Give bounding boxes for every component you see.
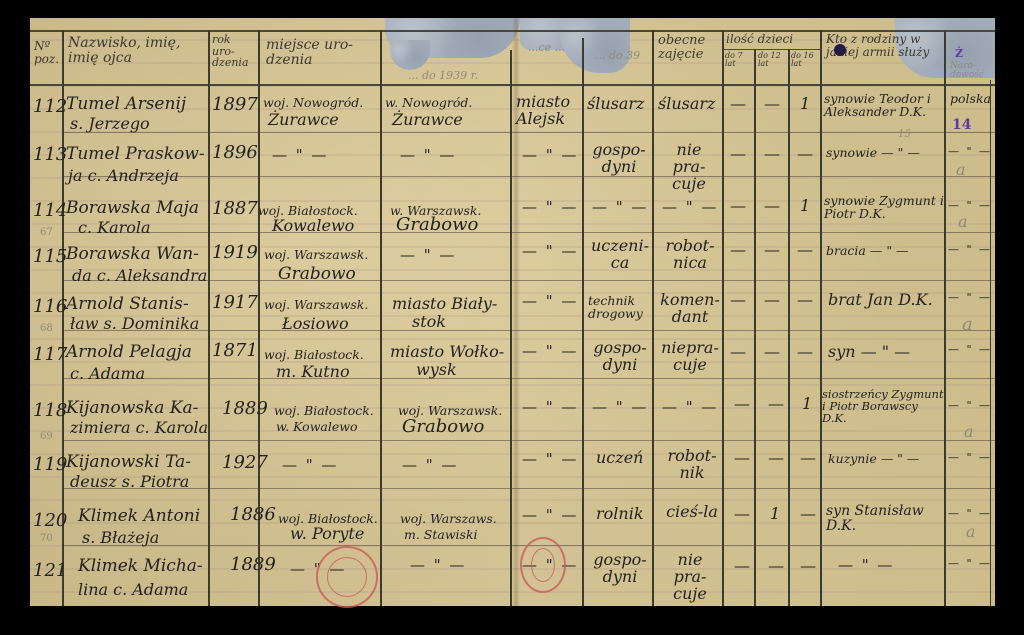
header-partial-a: ...ce ... [528, 42, 580, 54]
pencil-mark: a [956, 162, 966, 179]
birth-year: 1889 [230, 556, 276, 575]
person-name: Arnold Stanis- [66, 296, 189, 314]
person-father: c. Adama [70, 366, 145, 383]
residence-ditto: — " — [402, 458, 458, 474]
children-12: — [764, 292, 780, 309]
person-name: Borawska Maja [66, 200, 199, 218]
children-12: — [764, 344, 780, 361]
row-number: 118 [33, 402, 67, 421]
pencil-mark: a [964, 424, 974, 441]
family-in-army: synowie Teodor i Aleksander D.K. [824, 92, 944, 118]
children-12: — [768, 450, 784, 467]
column-a-ditto: — " — [522, 148, 578, 164]
person-name: Kijanowska Ka- [66, 400, 198, 418]
purple-corner-mark: Ż [955, 48, 963, 60]
birth-place-ditto: — " — [272, 148, 328, 164]
occupation-now-ditto: — " — [662, 200, 718, 216]
children-12: 1 [770, 506, 780, 523]
person-name: Klimek Antoni [78, 508, 200, 526]
header-bottom-rule [30, 84, 995, 86]
birth-year: 1927 [222, 454, 268, 473]
family-in-army: kuzynie — " — [828, 452, 919, 465]
children-16: 1 [800, 198, 810, 215]
children-12: — [764, 242, 780, 259]
family-in-army: bracia — " — [826, 244, 909, 257]
children-12: — [764, 96, 780, 113]
person-name: Tumel Arsenij [66, 96, 186, 114]
occupation-now: robot-nica [660, 238, 720, 272]
row-rule [62, 378, 995, 379]
margin-number: 70 [40, 534, 53, 545]
header-name: Nazwisko, imię, imię ojca [68, 36, 206, 65]
birth-place-line2: Grabowo [278, 266, 356, 284]
children-16: — [800, 506, 816, 523]
nationality-ditto: — " — [948, 452, 992, 464]
family-in-army: syn — " — [828, 344, 910, 361]
family-in-army: synowie Zygmunt i Piotr D.K. [824, 194, 944, 220]
row-number: 114 [33, 202, 67, 221]
column-a-ditto: — " — [522, 452, 578, 468]
birth-place-line1: woj. Warszawsk. [264, 298, 368, 311]
header-nationality: Naro-dowość [950, 62, 990, 81]
family-in-army: siostrzeńcy Zygmunt i Piotr Borawscy D.K… [822, 388, 944, 424]
occupation-before: ślusarz [587, 96, 644, 113]
column-a-ditto: — " — [522, 244, 578, 260]
header-children-12: do 12 lat [758, 52, 786, 69]
margin-number: 69 [40, 432, 53, 443]
children-7: — [734, 558, 750, 575]
birth-place-line1: woj. Warszawsk. [264, 248, 368, 261]
person-father: ław s. Dominika [70, 316, 199, 333]
row-number: 120 [33, 512, 67, 531]
row-number: 117 [33, 346, 67, 365]
children-7: — [734, 450, 750, 467]
birth-place-line1: woj. Nowogród. [263, 96, 363, 109]
children-12: — [768, 396, 784, 413]
birth-place-line2: Łosiowo [282, 316, 349, 333]
residence-line1: miasto Biały- [392, 296, 497, 313]
occupation-before-ditto: — " — [592, 400, 648, 416]
pencil-mark: a [958, 214, 968, 231]
archive-stamp [520, 537, 566, 593]
residence-line1: woj. Warszaws. [400, 512, 497, 525]
person-father: c. Karola [78, 220, 151, 237]
nationality-ditto: — " — [948, 200, 992, 212]
column-a-ditto: — " — [522, 508, 578, 524]
children-7: — [730, 96, 746, 113]
children-16: 1 [802, 396, 812, 413]
children-16: — [797, 344, 813, 361]
birth-place-line1: woj. Białostock. [264, 348, 364, 361]
nationality-ditto: — " — [948, 292, 992, 304]
archive-stamp [316, 546, 378, 608]
residence-line2: stok [412, 314, 446, 331]
person-name: Kijanowski Ta- [66, 454, 191, 472]
header-children: ilość dzieci [726, 33, 793, 46]
occupation-now: nie pra-cuje [660, 552, 720, 602]
margin-mark: 14 [952, 118, 971, 133]
children-16: — [797, 242, 813, 259]
person-name: Arnold Pelagja [66, 344, 192, 362]
column-a-ditto: — " — [522, 294, 578, 310]
residence-line2: Grabowo [396, 216, 478, 235]
occupation-before: rolnik [596, 506, 644, 523]
row-rule [62, 176, 995, 177]
residence-ditto: — " — [400, 248, 456, 264]
birth-place-line2: w. Kowalewo [276, 420, 357, 433]
margin-mark: 15 [898, 130, 911, 141]
family-in-army: brat Jan D.K. [828, 292, 938, 309]
residence-line2: Grabowo [402, 418, 484, 437]
col-divider [722, 30, 724, 606]
occupation-now: cieś-la [664, 504, 720, 521]
pencil-mark: a [966, 524, 976, 541]
occupation-now: nie pra-cuje [658, 142, 720, 192]
occupation-before: gospo-dyni [588, 142, 650, 176]
birth-place-line2: Żurawce [268, 112, 339, 129]
children-7: — [730, 292, 746, 309]
header-partial-b: ... do 39 [595, 50, 650, 62]
nationality-ditto: — " — [948, 344, 992, 356]
birth-year: 1897 [212, 96, 258, 115]
column-a-ditto: — " — [522, 200, 578, 216]
person-father: deusz s. Piotra [70, 474, 189, 491]
children-16: 1 [800, 96, 810, 113]
header-residence-1939: ... do 1939 r. [408, 70, 478, 82]
occupation-now: komen-dant [660, 292, 720, 326]
residence-ditto: — " — [410, 558, 466, 574]
occupation-before: technik drogowy [588, 294, 650, 320]
children-7: — [730, 198, 746, 215]
birth-place-line2: m. Kutno [276, 364, 350, 381]
children-7: — [730, 146, 746, 163]
row-number: 112 [33, 98, 67, 117]
person-father: ja c. Andrzeja [68, 168, 179, 185]
column-a-ditto: — " — [522, 400, 578, 416]
birth-year: 1871 [212, 342, 258, 361]
row-rule [62, 488, 995, 489]
nationality-ditto: — " — [948, 400, 992, 412]
row-rule [62, 232, 995, 233]
children-16: — [797, 292, 813, 309]
person-name: Klimek Micha- [78, 558, 203, 576]
row-rule [62, 440, 995, 441]
children-7: — [734, 396, 750, 413]
residence-line1: w. Nowogród. [385, 96, 472, 109]
residence-line2: m. Stawiski [404, 528, 478, 541]
header-current-occupation: obecne zajęcie [658, 34, 720, 61]
row-number: 113 [33, 146, 67, 165]
col-divider [652, 30, 654, 606]
birth-place-line1: woj. Białostock. [274, 404, 374, 417]
person-father: zimiera c. Karola [70, 420, 208, 437]
birth-year: 1896 [212, 144, 258, 163]
children-16: — [800, 450, 816, 467]
birth-year: 1886 [230, 506, 276, 525]
row-number: 119 [33, 456, 67, 475]
person-father: lina c. Adama [78, 582, 188, 599]
col-divider [944, 30, 946, 606]
col-divider [510, 50, 512, 606]
children-12: — [764, 198, 780, 215]
col-divider [380, 30, 382, 606]
birth-year: 1917 [212, 294, 258, 313]
birth-year: 1889 [222, 400, 268, 419]
occupation-now: niepra-cuje [660, 340, 720, 374]
residence-line2: Żurawce [392, 112, 463, 129]
nationality: polska [950, 92, 986, 105]
header-no: Nº poz. [34, 40, 60, 65]
col-divider [208, 30, 210, 606]
person-name: Borawska Wan- [66, 246, 199, 264]
col-divider [754, 49, 756, 606]
children-subheader-rule [722, 49, 820, 50]
person-father: s. Jerzego [70, 116, 150, 133]
column-a: miasto Alejsk [516, 94, 580, 128]
children-7: — [734, 506, 750, 523]
header-children-16: do 16 lat [791, 52, 819, 69]
family-in-army: synowie — " — [826, 146, 920, 159]
column-a-ditto: — " — [522, 344, 578, 360]
children-7: — [730, 242, 746, 259]
pencil-mark: a [962, 316, 973, 335]
person-name: Tumel Praskow- [66, 146, 205, 164]
occupation-before: uczeń [596, 450, 643, 467]
row-number: 116 [33, 298, 67, 317]
family-in-army: syn Stanisław D.K. [826, 504, 940, 533]
row-number: 115 [33, 248, 67, 267]
birth-place-ditto: — " — [282, 458, 338, 474]
nationality-ditto: — " — [948, 244, 992, 256]
family-ditto: — " — [838, 558, 894, 574]
occupation-now-ditto: — " — [662, 400, 718, 416]
ink-blot [834, 44, 846, 56]
occupation-now: robot-nik [664, 448, 720, 482]
occupation-before-ditto: — " — [592, 200, 648, 216]
nationality-ditto: — " — [948, 508, 992, 520]
occupation-before: gospo-dyni [590, 340, 650, 374]
children-16: — [800, 558, 816, 575]
header-birth-place: miejsce uro-dzenia [266, 38, 376, 67]
birth-year: 1919 [212, 244, 258, 263]
row-rule [62, 330, 995, 331]
birth-place-line2: Kowalewo [272, 218, 354, 235]
birth-place-line2: w. Poryte [290, 526, 364, 543]
residence-ditto: — " — [400, 148, 456, 164]
children-12: — [764, 146, 780, 163]
children-12: — [768, 558, 784, 575]
occupation-now: ślusarz [658, 96, 715, 113]
nationality-ditto: — " — [948, 146, 992, 158]
residence-line1: miasto Wołko- [390, 344, 504, 361]
col-divider [788, 49, 790, 606]
col-divider [820, 30, 822, 606]
nationality-ditto: — " — [948, 558, 992, 570]
children-7: — [730, 344, 746, 361]
person-father: s. Błażeja [82, 530, 159, 547]
birth-year: 1887 [212, 200, 258, 219]
row-number: 121 [33, 562, 67, 581]
occupation-before: uczeni-ca [590, 238, 650, 272]
col-divider [582, 38, 584, 606]
header-children-7: do 7 lat [725, 52, 753, 69]
margin-number: 68 [40, 324, 53, 335]
header-birth-year: rok uro-dzenia [212, 34, 256, 69]
children-16: — [797, 146, 813, 163]
person-father: da c. Aleksandra [72, 268, 207, 285]
occupation-before: gospo-dyni [590, 552, 650, 586]
residence-line2: wysk [416, 362, 457, 379]
row-rule [62, 132, 995, 133]
margin-number: 67 [40, 228, 53, 239]
